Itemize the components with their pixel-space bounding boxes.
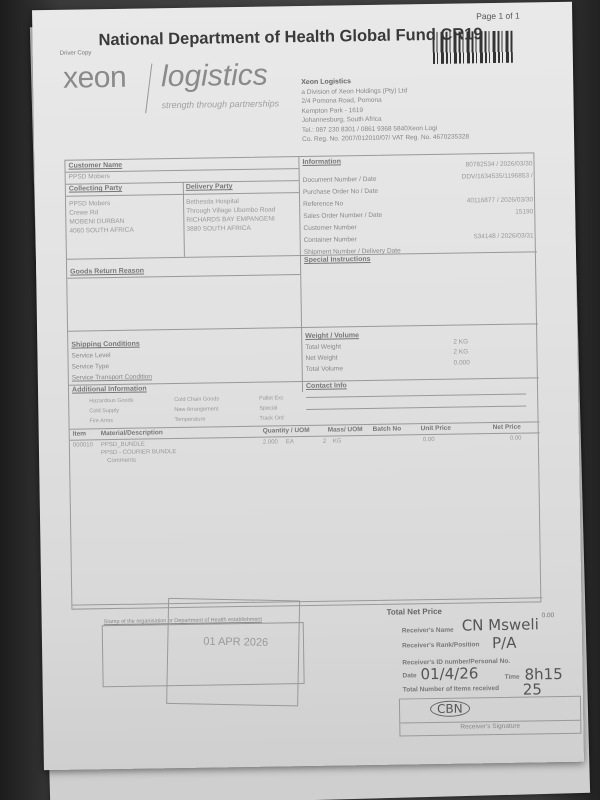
col-header-net-price: Net Price (493, 424, 521, 431)
item-description: PPSD - COURIER BUNDLE (101, 449, 176, 456)
item-mass: 2 (323, 439, 326, 445)
additional-field: Pallet Exc (259, 393, 284, 403)
item-uom: EA (286, 439, 294, 445)
info-value: 15190 (515, 208, 533, 215)
delivery-party-address: Bethesda Hospital Through Village Ubombo… (186, 196, 276, 233)
col-header-unit-price: Unit Price (421, 425, 451, 432)
info-value: 534148 / 2026/03/31 (474, 232, 534, 240)
total-net-price-label: Total Net Price (386, 607, 442, 617)
items-received-label: Total Number of Items received (403, 685, 499, 694)
delivery-document: Page 1 of 1 National Department of Healt… (32, 2, 584, 770)
logo-xeon: xeon (63, 61, 127, 96)
total-volume-value: 0.000 (454, 359, 470, 366)
delivery-party-label: Delivery Party (186, 183, 233, 191)
item-quantity: 2.000 (263, 439, 278, 445)
information-rows: Document Number / Date80782534 / 2026/03… (303, 165, 534, 253)
additional-field: Fire Arms (89, 415, 174, 426)
receiver-signature: CBN (430, 700, 470, 717)
col-header-quantity: Quantity / UOM (263, 427, 310, 435)
col-header-item: Item (73, 430, 86, 437)
net-weight-value: 2 KG (453, 348, 468, 355)
official-stamp: 01 APR 2026 (166, 598, 300, 707)
logo-tagline: strength through partnerships (161, 98, 279, 110)
collecting-party-address: PPSD Mobers Crewe Rd MOBENI DURBAN 4060 … (69, 199, 134, 236)
additional-field: Special (259, 403, 277, 413)
main-form: Customer Name PPSD Mobers Collecting Par… (64, 152, 541, 609)
receiver-date-label: Date (402, 672, 416, 679)
item-number: 000010 (73, 442, 93, 448)
info-value: 40116877 / 2026/03/30 (467, 196, 533, 204)
info-value: DDV/1634535/1196853 / (462, 172, 533, 180)
item-unit-price: 0.00 (423, 437, 435, 443)
receiver-time-label: Time (505, 674, 520, 681)
total-weight-value: 2 KG (453, 338, 468, 345)
col-header-mass: Mass/ UOM (328, 426, 363, 434)
receiver-name-value: CN Msweli (462, 615, 539, 634)
special-instructions-label: Special Instructions (304, 256, 371, 264)
signature-label: Receiver's Signature (460, 723, 520, 731)
total-volume-label: Total Volume (306, 365, 343, 373)
additional-row: Fire ArmsTemperatureTrack Ord (89, 413, 299, 426)
col-header-material: Material/Description (101, 429, 163, 437)
address-line: 4060 SOUTH AFRICA (69, 226, 133, 236)
collecting-party-label: Collecting Party (69, 185, 122, 193)
logo-logistics: logistics (161, 59, 268, 95)
additional-field: Track Ord (259, 413, 283, 423)
net-weight-label: Net Weight (305, 354, 337, 362)
address-line: 3880 SOUTH AFRICA (186, 223, 275, 233)
logo-divider (145, 64, 152, 114)
shipping-conditions-label: Shipping Conditions (71, 341, 140, 349)
item-mass-uom: KG (333, 438, 342, 444)
additional-info-grid: Hazardous GoodsCold Chain GoodsPallet Ex… (89, 393, 299, 426)
receiver-date-value: 01/4/26 (420, 664, 478, 683)
item-material: PPSD_BUNDLE (101, 442, 145, 449)
receiver-name-label: Receiver's Name (402, 627, 454, 635)
customer-name-value: PPSD Mobers (69, 173, 110, 181)
customer-name-label: Customer Name (68, 162, 122, 170)
service-transport-label: Service Transport Condition (72, 373, 152, 381)
contact-info-label: Contact Info (306, 382, 347, 390)
service-type-label: Service Type (72, 363, 110, 371)
info-row: Shipment Number / Delivery Date534148 / … (304, 237, 534, 253)
stamp-date: 01 APR 2026 (203, 636, 268, 649)
total-net-price-value: 0.00 (542, 612, 555, 619)
total-weight-label: Total Weight (305, 343, 341, 351)
goods-return-reason-label: Goods Return Reason (70, 268, 144, 276)
page-number: Page 1 of 1 (476, 11, 520, 22)
receiver-rank-value: P/A (492, 634, 517, 652)
weight-volume-label: Weight / Volume (305, 332, 359, 340)
info-value: 80782534 / 2026/03/30 (466, 160, 533, 168)
copy-type: Driver Copy (60, 50, 92, 56)
document-title: National Department of Health Global Fun… (98, 25, 482, 50)
item-net-price: 0.00 (510, 436, 522, 442)
additional-field: Temperature (174, 414, 259, 425)
information-label: Information (302, 158, 341, 166)
additional-information-label: Additional Information (72, 385, 147, 393)
col-header-batch: Batch No (373, 425, 402, 432)
signature-box: CBN Receiver's Signature (399, 696, 582, 737)
item-comments: Comments (107, 458, 136, 464)
receiver-rank-label: Receiver's Rank/Position (402, 641, 480, 649)
company-address: Xeon Logistics a Division of Xeon Holdin… (301, 74, 542, 144)
barcode-icon (432, 31, 512, 64)
service-level-label: Service Level (71, 352, 110, 360)
